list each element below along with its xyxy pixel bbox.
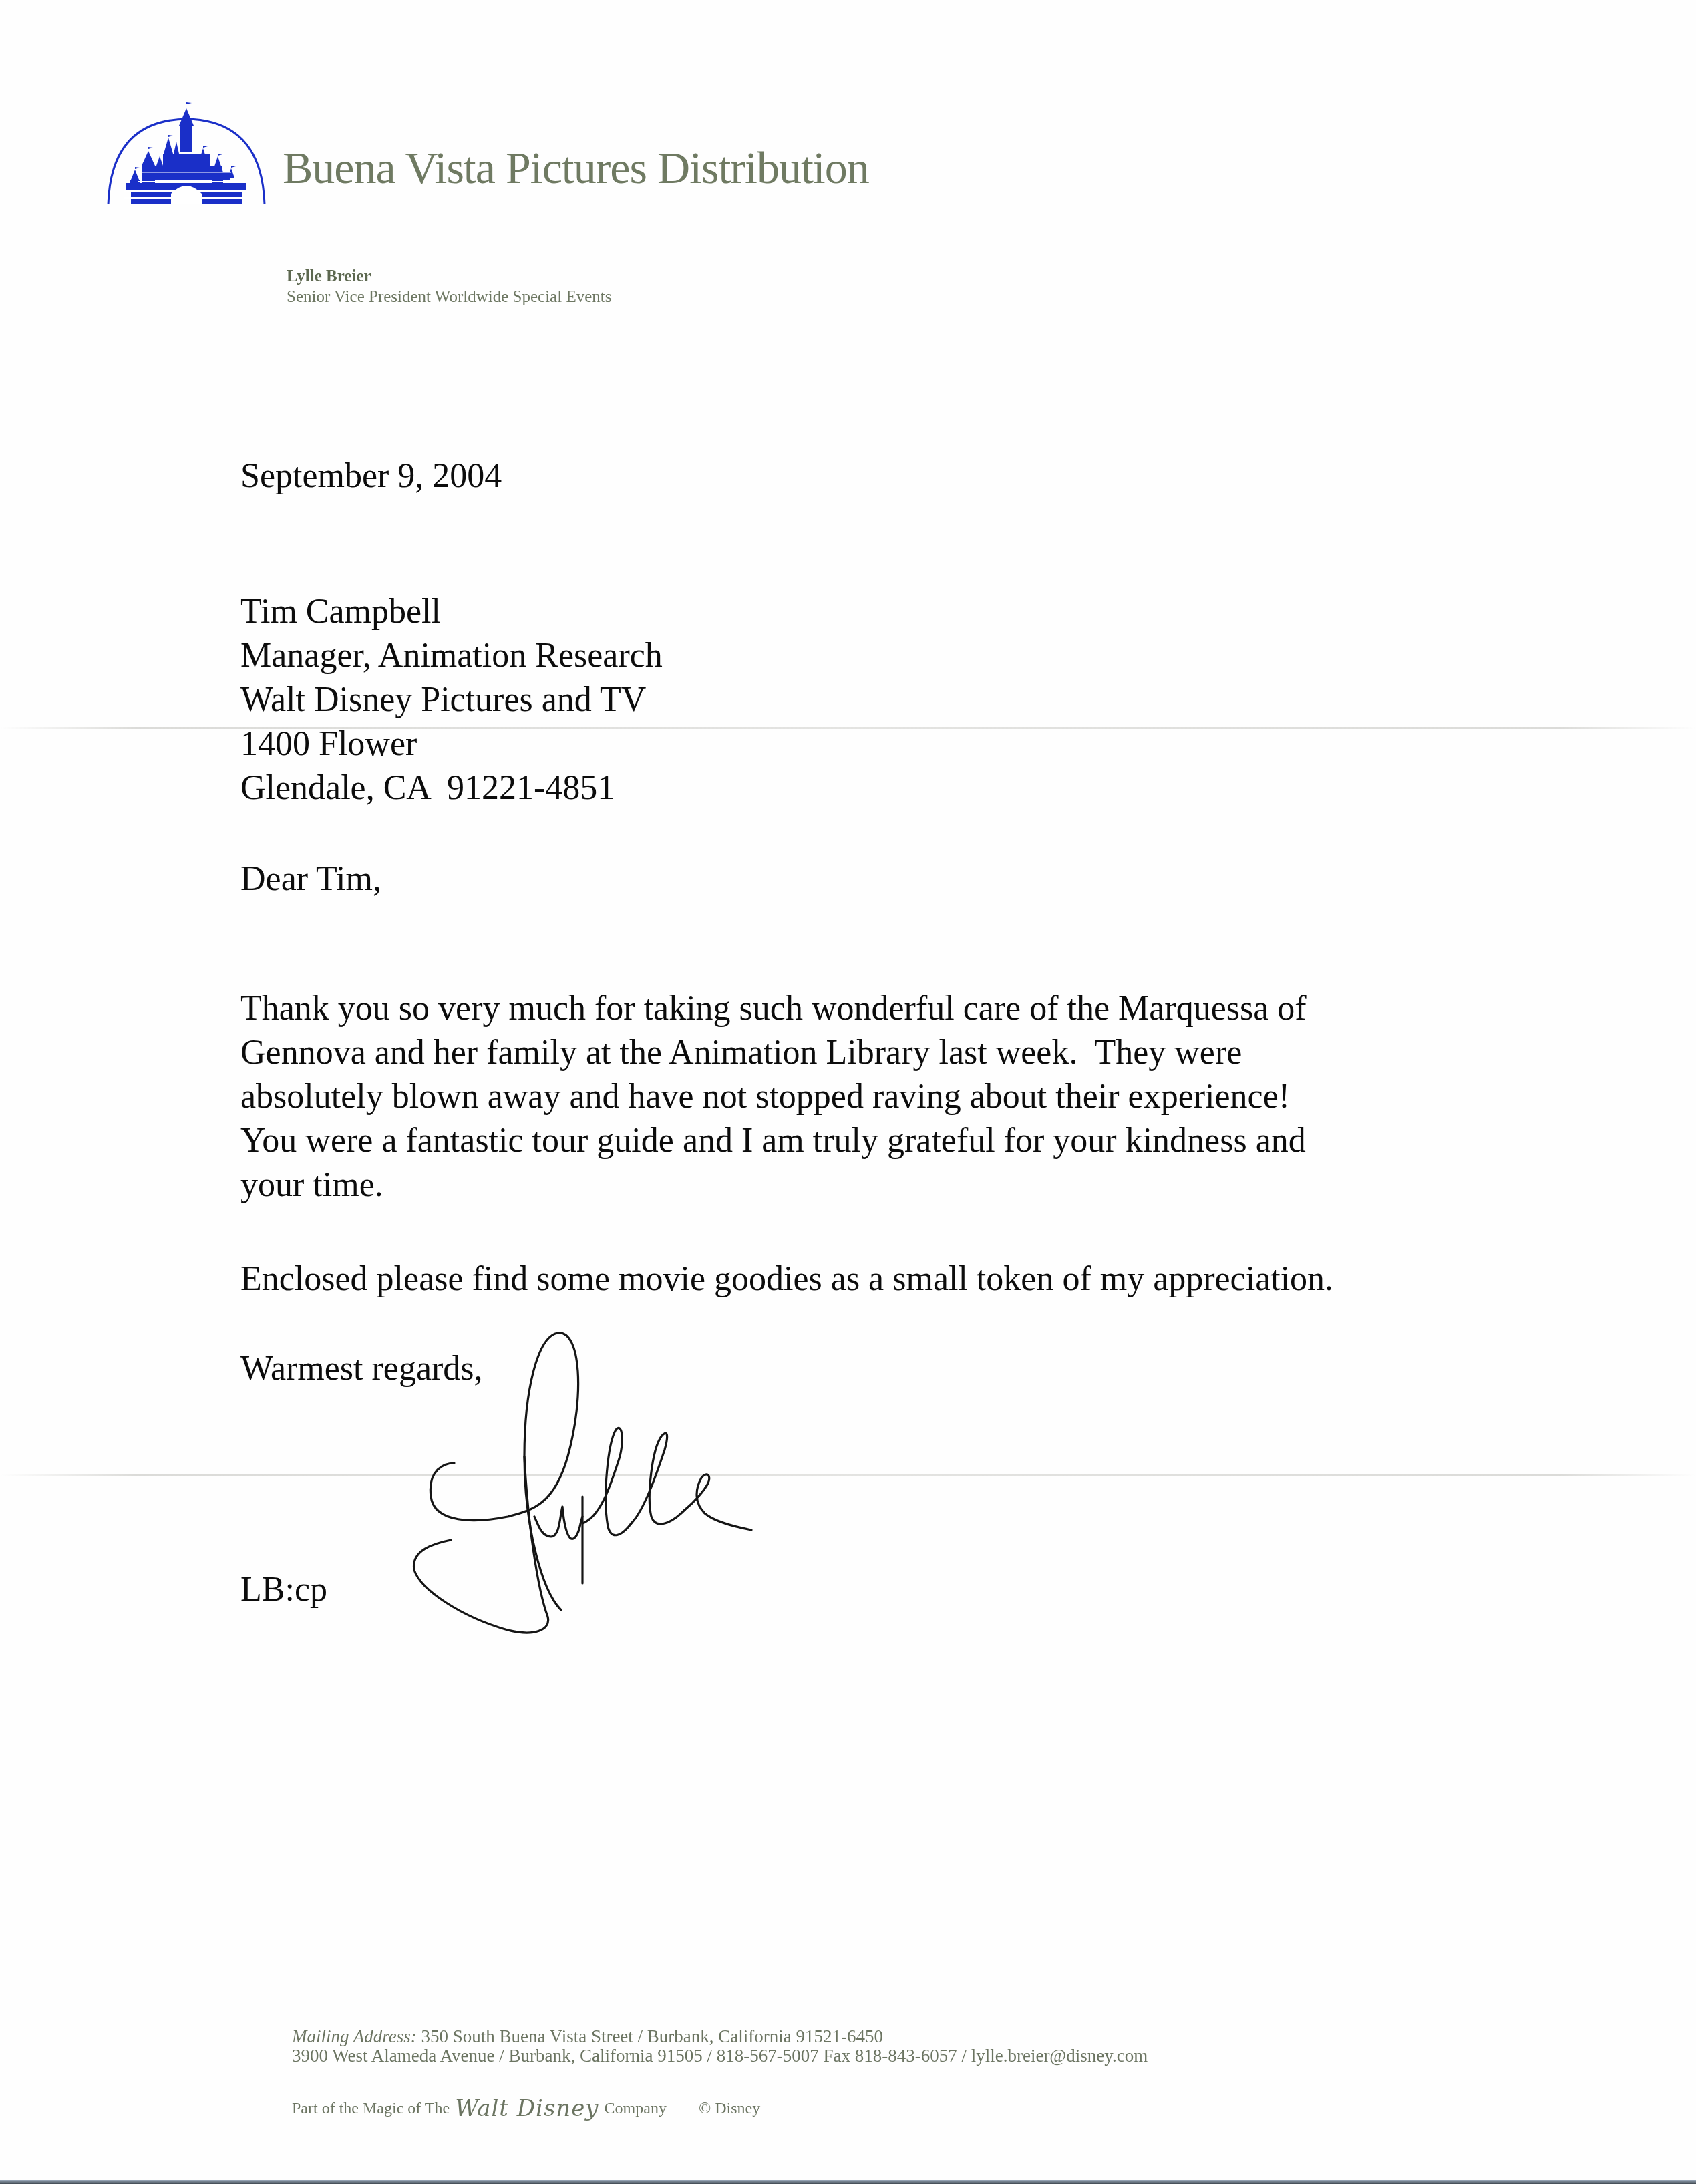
fold-line (0, 1474, 1696, 1476)
company-name: Buena Vista Pictures Distribution (283, 142, 869, 194)
body-line: Enclosed please find some movie goodies … (240, 1257, 1333, 1301)
letter-page: Buena Vista Pictures Distribution Lylle … (0, 0, 1696, 2184)
footer-office-contact: 3900 West Alameda Avenue / Burbank, Cali… (292, 2046, 1148, 2066)
body-line: your time. (240, 1163, 1307, 1207)
body-paragraph: Thank you so very much for taking such w… (240, 987, 1307, 1207)
magic-suffix: Company (605, 2100, 667, 2118)
walt-disney-logo-icon: Walt Disney (455, 2095, 599, 2122)
recipient-organization: Walt Disney Pictures and TV (240, 678, 663, 722)
copyright-notice: © Disney (699, 2100, 760, 2118)
castle-logo-icon (104, 94, 269, 204)
body-line: You were a fantastic tour guide and I am… (240, 1119, 1307, 1163)
recipient-street: 1400 Flower (240, 722, 663, 766)
sender-title: Senior Vice President Worldwide Special … (287, 288, 611, 307)
sender-name: Lylle Breier (287, 267, 371, 286)
handwritten-signature-icon (407, 1323, 808, 1644)
typist-initials: LB:cp (240, 1568, 327, 1612)
letter-date: September 9, 2004 (240, 454, 502, 498)
mailing-address-value: 350 South Buena Vista Street / Burbank, … (421, 2026, 884, 2046)
footer-magic-line: Part of the Magic of The Walt Disney Com… (292, 2095, 760, 2122)
greeting: Dear Tim, (240, 857, 381, 901)
magic-prefix: Part of the Magic of The (292, 2100, 450, 2118)
recipient-title: Manager, Animation Research (240, 634, 663, 678)
recipient-address: Tim Campbell Manager, Animation Research… (240, 590, 663, 810)
recipient-name: Tim Campbell (240, 590, 663, 634)
mailing-address-label: Mailing Address: (292, 2026, 417, 2046)
scan-edge (0, 2180, 1696, 2184)
footer-mailing-address: Mailing Address: 350 South Buena Vista S… (292, 2026, 883, 2047)
recipient-city-state-zip: Glendale, CA 91221-4851 (240, 766, 663, 810)
body-line: Thank you so very much for taking such w… (240, 987, 1307, 1031)
body-line: Gennova and her family at the Animation … (240, 1031, 1307, 1075)
body-line: absolutely blown away and have not stopp… (240, 1075, 1307, 1119)
body-paragraph: Enclosed please find some movie goodies … (240, 1257, 1333, 1301)
